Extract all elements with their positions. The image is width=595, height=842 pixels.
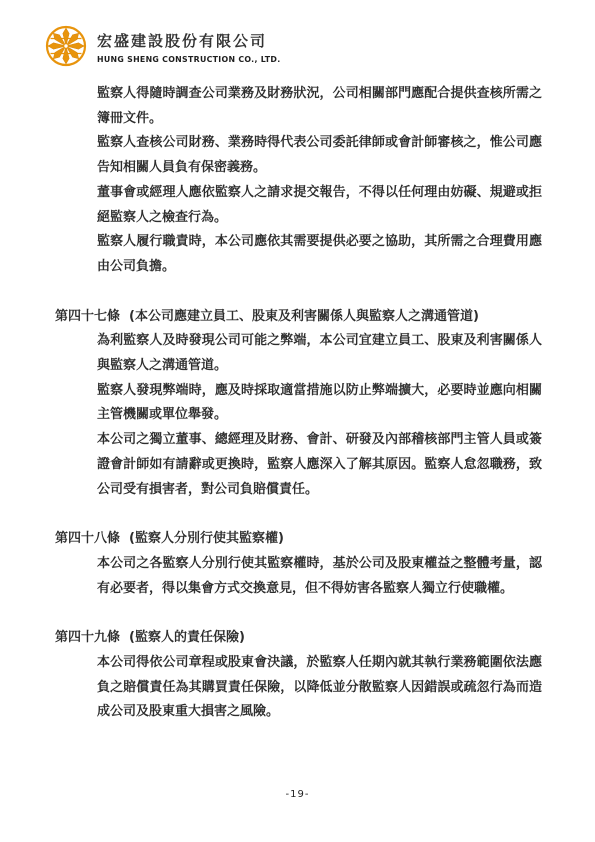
article-title: (監察人分別行使其監察權) [129, 531, 284, 546]
article-48-heading: 第四十八條(監察人分別行使其監察權) [55, 527, 542, 552]
article-47-paragraph-2: 監察人發現弊端時，應及時採取適當措施以防止弊端擴大，必要時並應向相關主管機關或單… [97, 379, 542, 428]
page-footer: -19- [0, 789, 595, 800]
article-49: 第四十九條(監察人的責任保險) 本公司得依公司章程或股東會決議，於監察人任期內就… [55, 626, 542, 725]
document-page: 宏盛建設股份有限公司 HUNG SHENG CONSTRUCTION CO., … [0, 0, 595, 842]
article-48: 第四十八條(監察人分別行使其監察權) 本公司之各監察人分別行使其監察權時，基於公… [55, 527, 542, 601]
article-47-heading: 第四十七條(本公司應建立員工、股東及利害關係人與監察人之溝通管道) [55, 305, 542, 330]
intro-paragraphs: 監察人得隨時調查公司業務及財務狀況，公司相關部門應配合提供查核所需之簿冊文件。 … [97, 82, 542, 280]
intro-paragraph-1: 監察人得隨時調查公司業務及財務狀況，公司相關部門應配合提供查核所需之簿冊文件。 [97, 82, 542, 131]
article-48-paragraphs: 本公司之各監察人分別行使其監察權時，基於公司及股東權益之整體考量，認有必要者，得… [97, 552, 542, 601]
article-number: 第四十八條 [55, 531, 120, 546]
company-logo-icon [44, 24, 88, 68]
intro-paragraph-3: 董事會或經理人應依監察人之請求提交報告，不得以任何理由妨礙、規避或拒絕監察人之檢… [97, 181, 542, 230]
document-body: 監察人得隨時調查公司業務及財務狀況，公司相關部門應配合提供查核所需之簿冊文件。 … [55, 82, 542, 725]
article-47: 第四十七條(本公司應建立員工、股東及利害關係人與監察人之溝通管道) 為利監察人及… [55, 305, 542, 503]
article-49-paragraph-1: 本公司得依公司章程或股東會決議，於監察人任期內就其執行業務範圍依法應負之賠償責任… [97, 651, 542, 725]
intro-paragraph-4: 監察人履行職責時，本公司應依其需要提供必要之協助，其所需之合理費用應由公司負擔。 [97, 230, 542, 279]
company-names: 宏盛建設股份有限公司 HUNG SHENG CONSTRUCTION CO., … [97, 24, 284, 64]
page-number: -19- [286, 789, 310, 800]
company-name-zh: 宏盛建設股份有限公司 [97, 30, 284, 51]
intro-paragraph-2: 監察人查核公司財務、業務時得代表公司委託律師或會計師審核之，惟公司應告知相關人員… [97, 131, 542, 180]
article-49-heading: 第四十九條(監察人的責任保險) [55, 626, 542, 651]
article-48-paragraph-1: 本公司之各監察人分別行使其監察權時，基於公司及股東權益之整體考量，認有必要者，得… [97, 552, 542, 601]
company-name-en: HUNG SHENG CONSTRUCTION CO., LTD. [97, 55, 280, 64]
company-header: 宏盛建設股份有限公司 HUNG SHENG CONSTRUCTION CO., … [44, 24, 284, 68]
article-number: 第四十七條 [55, 309, 120, 324]
article-title: (監察人的責任保險) [129, 630, 245, 645]
article-47-paragraph-1: 為利監察人及時發現公司可能之弊端，本公司宜建立員工、股東及利害關係人與監察人之溝… [97, 329, 542, 378]
article-47-paragraph-3: 本公司之獨立董事、總經理及財務、會計、研發及內部稽核部門主管人員或簽證會計師如有… [97, 428, 542, 502]
article-49-paragraphs: 本公司得依公司章程或股東會決議，於監察人任期內就其執行業務範圍依法應負之賠償責任… [97, 651, 542, 725]
article-47-paragraphs: 為利監察人及時發現公司可能之弊端，本公司宜建立員工、股東及利害關係人與監察人之溝… [97, 329, 542, 502]
article-number: 第四十九條 [55, 630, 120, 645]
article-title: (本公司應建立員工、股東及利害關係人與監察人之溝通管道) [129, 309, 479, 324]
